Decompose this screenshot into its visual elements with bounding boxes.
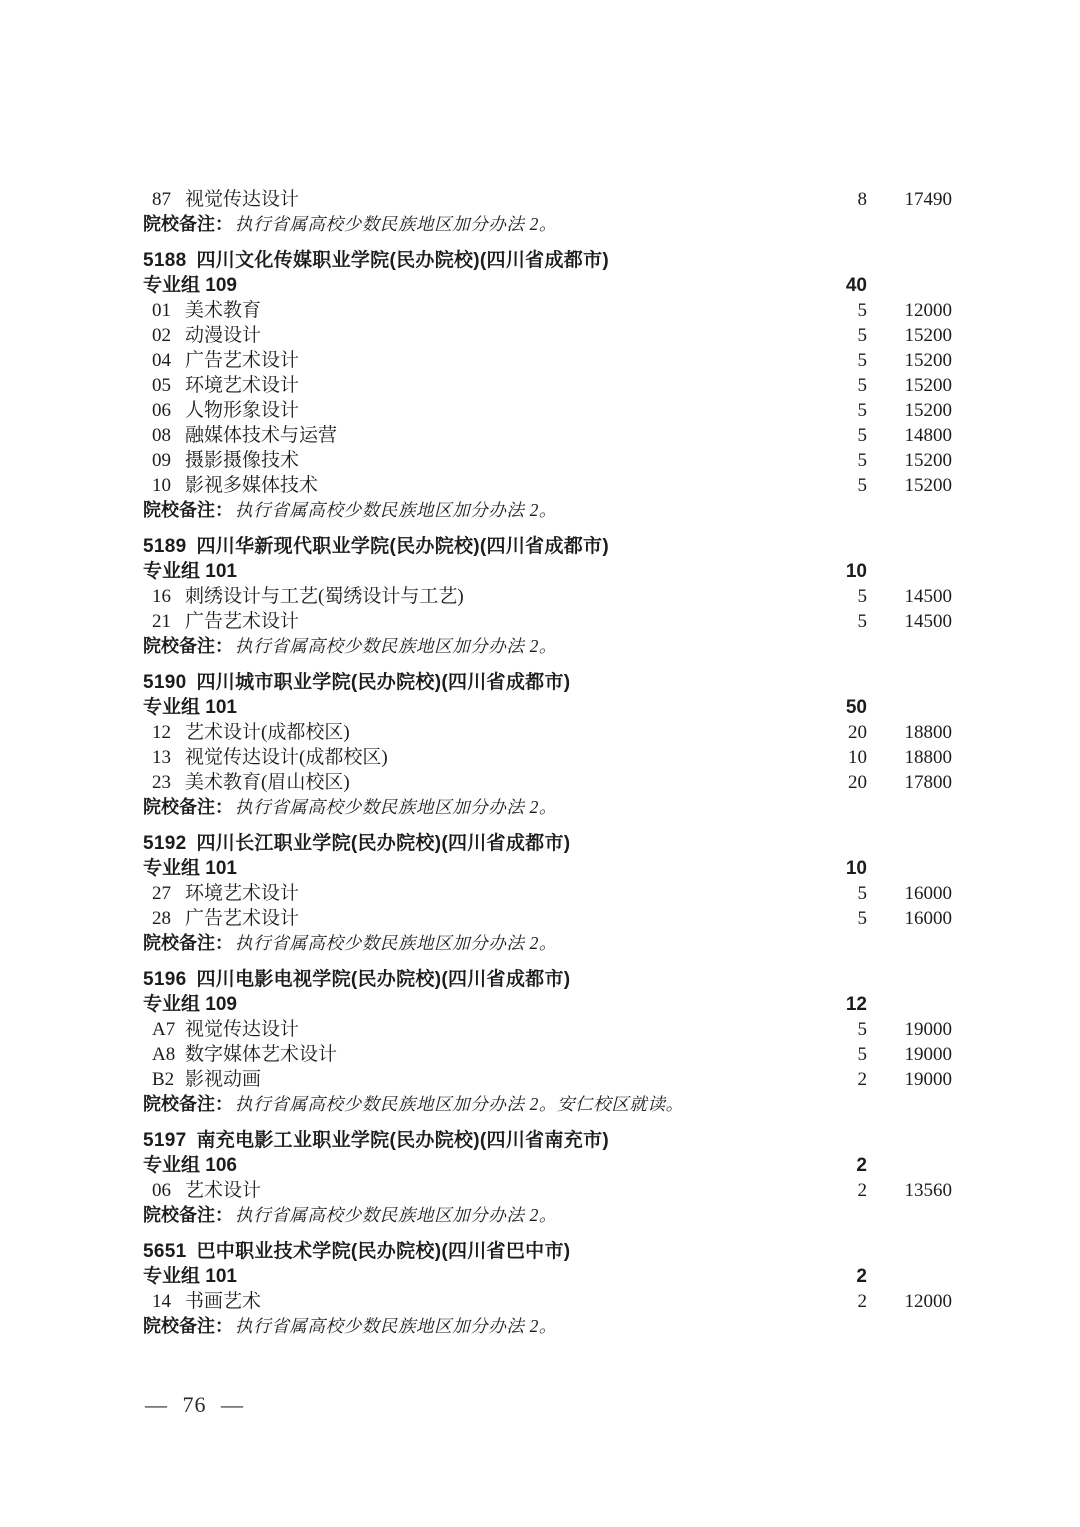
program-name: 刺绣设计与工艺(蜀绣设计与工艺) — [185, 584, 812, 609]
note-row: 院校备注： 执行省属高校少数民族地区加分办法 2。 — [143, 212, 952, 237]
note-row: 院校备注： 执行省属高校少数民族地区加分办法 2。安仁校区就读。 — [143, 1092, 952, 1117]
program-row: 23 美术教育(眉山校区) 20 17800 — [143, 770, 952, 795]
fee-value: 19000 — [867, 1017, 952, 1042]
note-label: 院校备注： — [143, 212, 233, 237]
program-row: 04 广告艺术设计 5 15200 — [143, 348, 952, 373]
group-row: 专业组 101 10 — [143, 856, 952, 881]
note-text: 执行省属高校少数民族地区加分办法 2。 — [235, 1314, 557, 1339]
program-name: 美术教育(眉山校区) — [185, 770, 812, 795]
school-header: 5192 四川长江职业学院(民办院校)(四川省成都市) — [143, 831, 952, 856]
program-row: 06 艺术设计 2 13560 — [143, 1178, 952, 1203]
program-code: 05 — [152, 373, 176, 398]
group-label: 专业组 101 — [143, 1264, 812, 1289]
school-header: 5651 巴中职业技术学院(民办院校)(四川省巴中市) — [143, 1239, 952, 1264]
group-row: 专业组 101 2 — [143, 1264, 952, 1289]
note-row: 院校备注： 执行省属高校少数民族地区加分办法 2。 — [143, 931, 952, 956]
program-name: 环境艺术设计 — [185, 881, 812, 906]
program-code: 27 — [152, 881, 176, 906]
program-row: 13 视觉传达设计(成都校区) 10 18800 — [143, 745, 952, 770]
school-block: 5651 巴中职业技术学院(民办院校)(四川省巴中市) 专业组 101 2 14… — [143, 1239, 952, 1339]
school-block: 5192 四川长江职业学院(民办院校)(四川省成都市) 专业组 101 10 2… — [143, 831, 952, 956]
fee-value: 18800 — [867, 720, 952, 745]
program-code: A8 — [152, 1042, 176, 1067]
program-name: 数字媒体艺术设计 — [185, 1042, 812, 1067]
group-row: 专业组 101 10 — [143, 559, 952, 584]
note-text: 执行省属高校少数民族地区加分办法 2。 — [235, 498, 557, 523]
group-quota: 2 — [812, 1264, 867, 1289]
program-row: 06 人物形象设计 5 15200 — [143, 398, 952, 423]
program-name: 艺术设计(成都校区) — [185, 720, 812, 745]
program-code: 28 — [152, 906, 176, 931]
group-row: 专业组 101 50 — [143, 695, 952, 720]
fee-value: 15200 — [867, 398, 952, 423]
program-row: B2 影视动画 2 19000 — [143, 1067, 952, 1092]
school-block: 5190 四川城市职业学院(民办院校)(四川省成都市) 专业组 101 50 1… — [143, 670, 952, 820]
group-row: 专业组 109 40 — [143, 273, 952, 298]
school-header: 5197 南充电影工业职业学院(民办院校)(四川省南充市) — [143, 1128, 952, 1153]
program-name: 视觉传达设计 — [185, 1017, 812, 1042]
quota-value: 5 — [812, 323, 867, 348]
note-row: 院校备注： 执行省属高校少数民族地区加分办法 2。 — [143, 795, 952, 820]
program-row: 16 刺绣设计与工艺(蜀绣设计与工艺) 5 14500 — [143, 584, 952, 609]
note-label: 院校备注： — [143, 1314, 233, 1339]
fee-value: 15200 — [867, 373, 952, 398]
program-row: 02 动漫设计 5 15200 — [143, 323, 952, 348]
program-code: 21 — [152, 609, 176, 634]
school-block: 5189 四川华新现代职业学院(民办院校)(四川省成都市) 专业组 101 10… — [143, 534, 952, 659]
note-label: 院校备注： — [143, 1203, 233, 1228]
program-code: 12 — [152, 720, 176, 745]
quota-value: 2 — [812, 1289, 867, 1314]
program-code: 23 — [152, 770, 176, 795]
group-quota: 40 — [812, 273, 867, 298]
program-name: 摄影摄像技术 — [185, 448, 812, 473]
quota-value: 2 — [812, 1178, 867, 1203]
note-text: 执行省属高校少数民族地区加分办法 2。 — [235, 931, 557, 956]
school-block: 5197 南充电影工业职业学院(民办院校)(四川省南充市) 专业组 106 2 … — [143, 1128, 952, 1228]
fee-value: 16000 — [867, 881, 952, 906]
program-row: 12 艺术设计(成都校区) 20 18800 — [143, 720, 952, 745]
fee-value: 14800 — [867, 423, 952, 448]
program-name: 视觉传达设计 — [185, 187, 812, 212]
program-code: 04 — [152, 348, 176, 373]
fee-value: 17800 — [867, 770, 952, 795]
note-text: 执行省属高校少数民族地区加分办法 2。安仁校区就读。 — [235, 1092, 684, 1117]
group-row: 专业组 109 12 — [143, 992, 952, 1017]
quota-value: 5 — [812, 398, 867, 423]
quota-value: 5 — [812, 423, 867, 448]
group-quota: 10 — [812, 559, 867, 584]
note-label: 院校备注： — [143, 931, 233, 956]
quota-value: 5 — [812, 906, 867, 931]
school-code: 5651 — [143, 1239, 186, 1264]
note-text: 执行省属高校少数民族地区加分办法 2。 — [235, 212, 557, 237]
school-code: 5197 — [143, 1128, 186, 1153]
note-text: 执行省属高校少数民族地区加分办法 2。 — [235, 795, 557, 820]
group-label: 专业组 101 — [143, 856, 812, 881]
note-text: 执行省属高校少数民族地区加分办法 2。 — [235, 634, 557, 659]
program-code: 13 — [152, 745, 176, 770]
program-name: 视觉传达设计(成都校区) — [185, 745, 812, 770]
quota-value: 5 — [812, 881, 867, 906]
program-row: 08 融媒体技术与运营 5 14800 — [143, 423, 952, 448]
school-name: 南充电影工业职业学院(民办院校)(四川省南充市) — [196, 1128, 609, 1153]
fee-value: 17490 — [867, 187, 952, 212]
school-header: 5189 四川华新现代职业学院(民办院校)(四川省成都市) — [143, 534, 952, 559]
program-code: 14 — [152, 1289, 176, 1314]
school-name: 四川华新现代职业学院(民办院校)(四川省成都市) — [196, 534, 609, 559]
program-row: 09 摄影摄像技术 5 15200 — [143, 448, 952, 473]
quota-value: 5 — [812, 473, 867, 498]
program-code: 06 — [152, 398, 176, 423]
program-name: 动漫设计 — [185, 323, 812, 348]
program-row: 05 环境艺术设计 5 15200 — [143, 373, 952, 398]
school-name: 四川文化传媒职业学院(民办院校)(四川省成都市) — [196, 248, 609, 273]
group-row: 专业组 106 2 — [143, 1153, 952, 1178]
program-row: 87 视觉传达设计 8 17490 — [143, 187, 952, 212]
program-code: 01 — [152, 298, 176, 323]
quota-value: 5 — [812, 1042, 867, 1067]
note-label: 院校备注： — [143, 634, 233, 659]
program-name: 书画艺术 — [185, 1289, 812, 1314]
fee-value: 15200 — [867, 448, 952, 473]
quota-value: 5 — [812, 1017, 867, 1042]
program-row: 21 广告艺术设计 5 14500 — [143, 609, 952, 634]
group-label: 专业组 101 — [143, 695, 812, 720]
group-quota: 10 — [812, 856, 867, 881]
quota-value: 5 — [812, 298, 867, 323]
school-code: 5192 — [143, 831, 186, 856]
group-quota: 50 — [812, 695, 867, 720]
program-code: 06 — [152, 1178, 176, 1203]
program-row: A8 数字媒体艺术设计 5 19000 — [143, 1042, 952, 1067]
program-name: 广告艺术设计 — [185, 348, 812, 373]
note-label: 院校备注： — [143, 795, 233, 820]
quota-value: 20 — [812, 770, 867, 795]
page-number: — 76 — — [145, 1392, 244, 1417]
quota-value: 20 — [812, 720, 867, 745]
program-name: 环境艺术设计 — [185, 373, 812, 398]
fee-value: 15200 — [867, 323, 952, 348]
program-code: 16 — [152, 584, 176, 609]
note-text: 执行省属高校少数民族地区加分办法 2。 — [235, 1203, 557, 1228]
fee-value: 12000 — [867, 1289, 952, 1314]
fee-value: 14500 — [867, 584, 952, 609]
quota-value: 5 — [812, 348, 867, 373]
school-code: 5188 — [143, 248, 186, 273]
program-code: 09 — [152, 448, 176, 473]
quota-value: 5 — [812, 609, 867, 634]
fee-value: 19000 — [867, 1067, 952, 1092]
group-label: 专业组 109 — [143, 273, 812, 298]
fee-value: 12000 — [867, 298, 952, 323]
quota-value: 5 — [812, 448, 867, 473]
school-block: 5188 四川文化传媒职业学院(民办院校)(四川省成都市) 专业组 109 40… — [143, 248, 952, 523]
note-label: 院校备注： — [143, 1092, 233, 1117]
program-code: 02 — [152, 323, 176, 348]
quota-value: 8 — [812, 187, 867, 212]
school-header: 5190 四川城市职业学院(民办院校)(四川省成都市) — [143, 670, 952, 695]
quota-value: 5 — [812, 373, 867, 398]
school-name: 四川电影电视学院(民办院校)(四川省成都市) — [196, 967, 570, 992]
school-block: 5196 四川电影电视学院(民办院校)(四川省成都市) 专业组 109 12 A… — [143, 967, 952, 1117]
program-name: 艺术设计 — [185, 1178, 812, 1203]
school-code: 5196 — [143, 967, 186, 992]
program-name: 影视动画 — [185, 1067, 812, 1092]
program-row: 28 广告艺术设计 5 16000 — [143, 906, 952, 931]
school-code: 5189 — [143, 534, 186, 559]
program-name: 广告艺术设计 — [185, 906, 812, 931]
program-row: 10 影视多媒体技术 5 15200 — [143, 473, 952, 498]
program-name: 影视多媒体技术 — [185, 473, 812, 498]
program-code: 10 — [152, 473, 176, 498]
note-label: 院校备注： — [143, 498, 233, 523]
school-name: 四川城市职业学院(民办院校)(四川省成都市) — [196, 670, 570, 695]
note-row: 院校备注： 执行省属高校少数民族地区加分办法 2。 — [143, 498, 952, 523]
program-row: 27 环境艺术设计 5 16000 — [143, 881, 952, 906]
school-name: 巴中职业技术学院(民办院校)(四川省巴中市) — [196, 1239, 570, 1264]
document-page: 87 视觉传达设计 8 17490 院校备注： 执行省属高校少数民族地区加分办法… — [0, 0, 1080, 1527]
group-label: 专业组 109 — [143, 992, 812, 1017]
program-name: 广告艺术设计 — [185, 609, 812, 634]
fee-value: 18800 — [867, 745, 952, 770]
fee-value: 14500 — [867, 609, 952, 634]
fee-value: 13560 — [867, 1178, 952, 1203]
quota-value: 2 — [812, 1067, 867, 1092]
program-row: 14 书画艺术 2 12000 — [143, 1289, 952, 1314]
fee-value: 15200 — [867, 348, 952, 373]
program-code: 08 — [152, 423, 176, 448]
fee-value: 16000 — [867, 906, 952, 931]
school-header: 5188 四川文化传媒职业学院(民办院校)(四川省成都市) — [143, 248, 952, 273]
program-name: 融媒体技术与运营 — [185, 423, 812, 448]
admissions-list: 87 视觉传达设计 8 17490 院校备注： 执行省属高校少数民族地区加分办法… — [0, 187, 1080, 1339]
program-name: 美术教育 — [185, 298, 812, 323]
program-row: 01 美术教育 5 12000 — [143, 298, 952, 323]
program-name: 人物形象设计 — [185, 398, 812, 423]
fee-value: 19000 — [867, 1042, 952, 1067]
program-code: A7 — [152, 1017, 176, 1042]
school-header: 5196 四川电影电视学院(民办院校)(四川省成都市) — [143, 967, 952, 992]
quota-value: 10 — [812, 745, 867, 770]
quota-value: 5 — [812, 584, 867, 609]
school-code: 5190 — [143, 670, 186, 695]
fee-value: 15200 — [867, 473, 952, 498]
group-quota: 2 — [812, 1153, 867, 1178]
program-row: A7 视觉传达设计 5 19000 — [143, 1017, 952, 1042]
school-name: 四川长江职业学院(民办院校)(四川省成都市) — [196, 831, 570, 856]
group-label: 专业组 106 — [143, 1153, 812, 1178]
program-code: B2 — [152, 1067, 176, 1092]
group-label: 专业组 101 — [143, 559, 812, 584]
note-row: 院校备注： 执行省属高校少数民族地区加分办法 2。 — [143, 1203, 952, 1228]
note-row: 院校备注： 执行省属高校少数民族地区加分办法 2。 — [143, 1314, 952, 1339]
group-quota: 12 — [812, 992, 867, 1017]
program-code: 87 — [152, 187, 176, 212]
note-row: 院校备注： 执行省属高校少数民族地区加分办法 2。 — [143, 634, 952, 659]
